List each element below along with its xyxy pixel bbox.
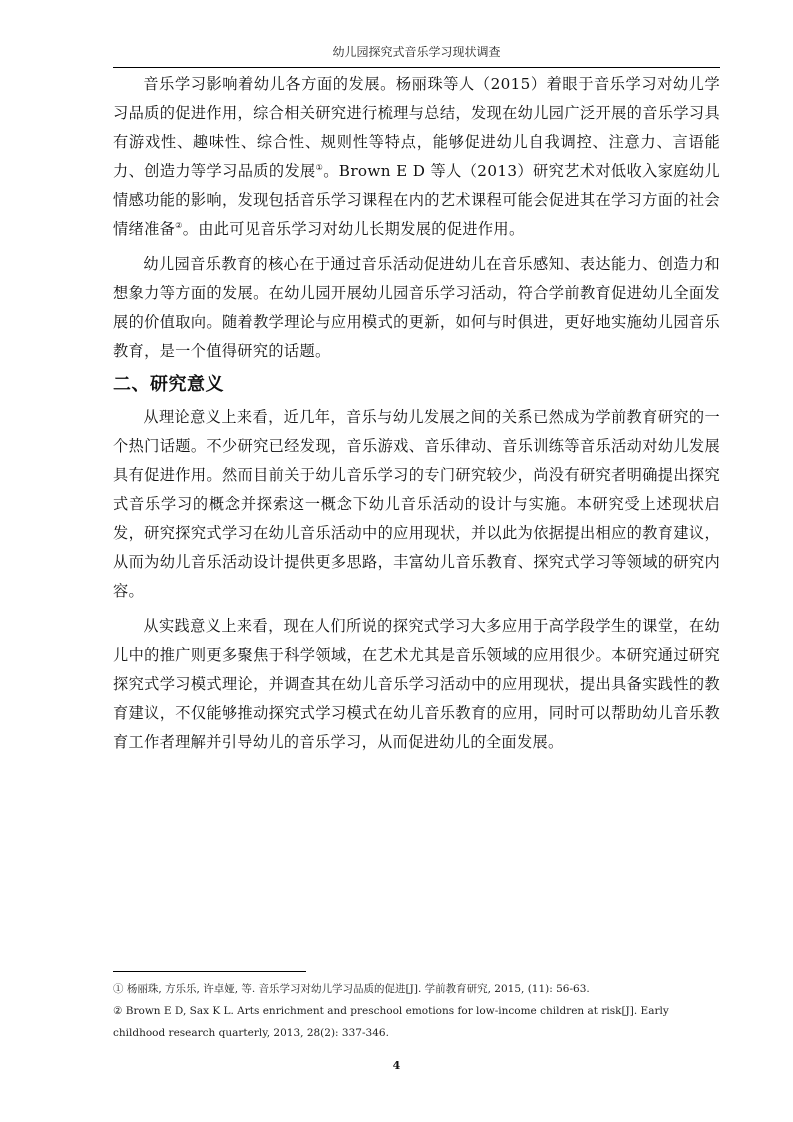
footnote-1: ① 杨丽珠, 方乐乐, 许卓娅, 等. 音乐学习对幼儿学习品质的促进[J]. 学… xyxy=(113,978,720,1000)
paragraph-theoretical-significance: 从理论意义上来看，近几年，音乐与幼儿发展之间的关系已然成为学前教育研究的一个热门… xyxy=(113,403,720,606)
page-number: 4 xyxy=(0,1059,793,1072)
paragraph-music-learning-influence: 音乐学习影响着幼儿各方面的发展。杨丽珠等人（2015）着眼于音乐学习对幼儿学习品… xyxy=(113,70,720,244)
footnote-2: ② Brown E D, Sax K L. Arts enrichment an… xyxy=(113,1000,720,1044)
footnote-marker: ② xyxy=(113,1005,122,1017)
running-header: 幼儿园探究式音乐学习现状调查 xyxy=(113,43,720,60)
header-rule xyxy=(113,67,720,68)
footnote-text: 杨丽珠, 方乐乐, 许卓娅, 等. 音乐学习对幼儿学习品质的促进[J]. 学前教… xyxy=(127,983,590,995)
footnote-marker: ① xyxy=(113,983,124,995)
paragraph-practical-significance: 从实践意义上来看，现在人们所说的探究式学习大多应用于高学段学生的课堂，在幼儿中的… xyxy=(113,612,720,757)
footnotes: ① 杨丽珠, 方乐乐, 许卓娅, 等. 音乐学习对幼儿学习品质的促进[J]. 学… xyxy=(113,978,720,1044)
body-text: 音乐学习影响着幼儿各方面的发展。杨丽珠等人（2015）着眼于音乐学习对幼儿学习品… xyxy=(113,70,720,757)
paragraph-music-education-core: 幼儿园音乐教育的核心在于通过音乐活动促进幼儿在音乐感知、表达能力、创造力和想象力… xyxy=(113,250,720,366)
footnote-separator xyxy=(113,971,306,972)
paragraph-text: 。由此可见音乐学习对幼儿长期发展的促进作用。 xyxy=(183,220,525,238)
footnote-text: Brown E D, Sax K L. Arts enrichment and … xyxy=(113,1005,669,1039)
section-heading: 二、研究意义 xyxy=(113,371,720,399)
footnote-ref-2[interactable]: ② xyxy=(175,221,183,230)
